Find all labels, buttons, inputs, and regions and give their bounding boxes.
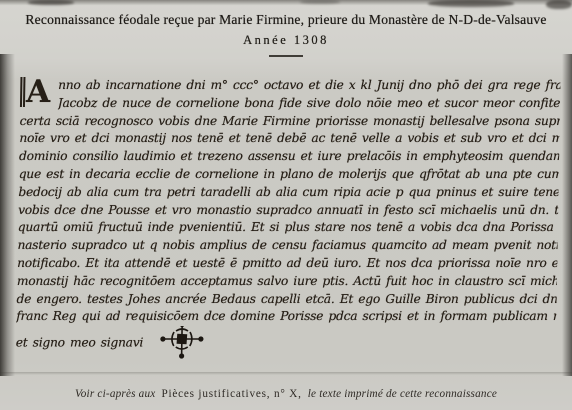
manuscript-line: certa sciā recognosco vobis dne Marie Fi… bbox=[20, 113, 560, 131]
caption-italic-suffix: le texte imprimé de cette reconnaissance bbox=[308, 388, 497, 400]
manuscript-facsimile: A nno ab incarnatione dni m° ccc° octavo… bbox=[16, 77, 561, 360]
scan-shadow-bottom bbox=[0, 372, 572, 375]
page-title: Reconnaissance féodale reçue par Marie F… bbox=[0, 12, 572, 28]
manuscript-line: vobis dce dne Pousse et vro monastio sup… bbox=[18, 202, 558, 220]
manuscript-line: de engero. testes Johes ancrée Bedaus ca… bbox=[16, 291, 556, 309]
page-subtitle-year: Année 1308 bbox=[0, 33, 572, 48]
scan-shadow-right bbox=[562, 54, 572, 376]
title-divider-rule bbox=[269, 55, 303, 57]
caption-roman-reference: Pièces justificatives, n° X, bbox=[158, 388, 304, 400]
manuscript-line: que est in decaria ecclie de cornelione … bbox=[19, 166, 559, 184]
scan-smudge bbox=[300, 0, 340, 4]
manuscript-line: dominio consilio laudimio et trezeno ass… bbox=[19, 148, 559, 166]
manuscript-line: monastij hāc recognitōem acceptamus salv… bbox=[17, 273, 557, 291]
notary-cross-mark-icon bbox=[158, 326, 205, 360]
scanned-document-page: Reconnaissance féodale reçue par Marie F… bbox=[0, 0, 572, 410]
manuscript-line: noīe vro et dci monastij nos tenē et ten… bbox=[19, 130, 559, 148]
scan-smudge bbox=[546, 0, 572, 9]
manuscript-line: Jacobz de nuce de cornelione bona fide s… bbox=[58, 95, 560, 113]
illuminated-initial: A bbox=[20, 77, 55, 107]
manuscript-line: bedocij ab alia cum tra petri taradelli … bbox=[18, 184, 558, 202]
manuscript-line: notificabo. Et ita attendē et uestē ē pm… bbox=[17, 255, 557, 273]
manuscript-last-line: et signo meo signavi bbox=[16, 326, 557, 360]
reference-caption: Voir ci-après aux Pièces justificatives,… bbox=[0, 388, 572, 400]
manuscript-line: franc Reg qui ad requisicōem dce domine … bbox=[16, 308, 556, 326]
manuscript-line: quartū omiū fructuū inde pvenientiū. Et … bbox=[18, 219, 558, 237]
manuscript-line-text: et signo meo signavi bbox=[16, 336, 144, 350]
caption-italic-prefix: Voir ci-après aux bbox=[75, 388, 155, 400]
scan-shadow-left bbox=[0, 54, 15, 376]
scan-smudge bbox=[28, 0, 74, 5]
manuscript-line: nno ab incarnatione dni m° ccc° octavo e… bbox=[58, 77, 560, 95]
scan-smudge bbox=[428, 0, 514, 7]
manuscript-line: nasterio supradco ut q nobis amplius de … bbox=[17, 237, 557, 255]
document-title-block: Reconnaissance féodale reçue par Marie F… bbox=[0, 12, 572, 57]
